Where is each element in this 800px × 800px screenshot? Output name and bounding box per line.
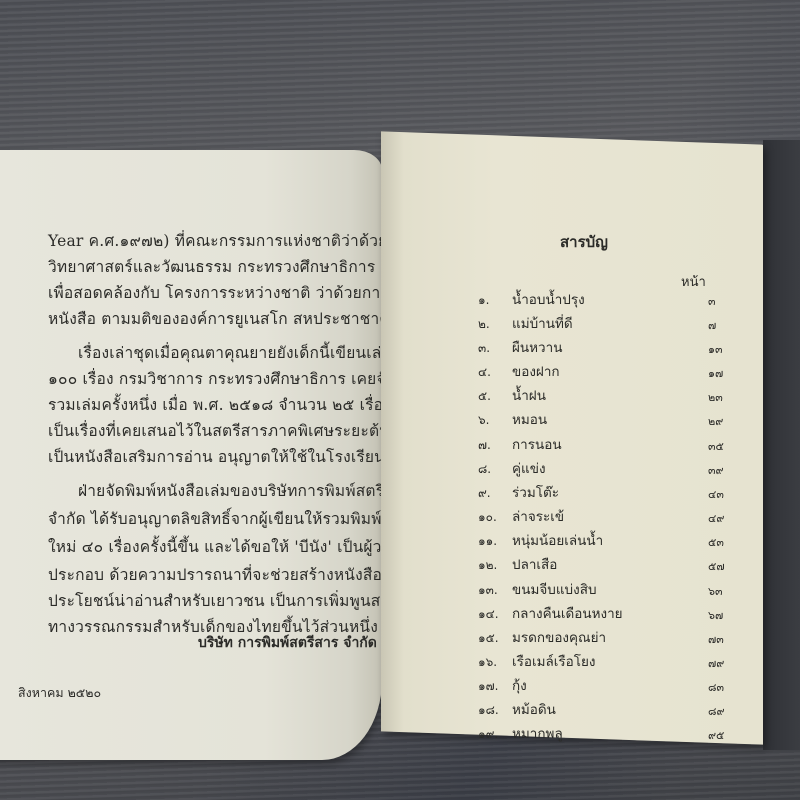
toc-entry-title: ร่วมโต๊ะ	[512, 481, 559, 503]
toc-entry-title: หมอน	[512, 408, 547, 430]
preface-line: เป็นหนังสือเสริมการอ่าน อนุญาตให้ใช้ในโร…	[48, 444, 385, 469]
toc-entry-title: เรือเมล์เรือโยง	[512, 650, 596, 672]
toc-entry-number: ๑๒.	[478, 556, 512, 575]
toc-entry-number: ๒.	[478, 315, 512, 334]
toc-entry-number: ๑๗.	[478, 677, 512, 696]
toc-entry-number: ๘.	[478, 460, 512, 479]
toc-entry-page: ๔๙	[708, 509, 748, 527]
toc-entry: ๑๒.ปลาเสือ๕๗	[478, 553, 748, 573]
preface-line: จำกัด ได้รับอนุญาตลิขสิทธิ์จากผู้เขียนให…	[48, 506, 434, 531]
toc-entry-number: ๔.	[478, 363, 512, 382]
preface-line: ประกอบ ด้วยความปรารถนาที่จะช่วยสร้างหนัง…	[48, 562, 408, 587]
preface-line: ๑๐๐ เรื่อง กรมวิชาการ กระทรวงศึกษาธิการ …	[48, 366, 427, 391]
toc-entry-page: ๙๕	[708, 726, 748, 744]
toc-entry-number: ๑๘.	[478, 701, 512, 720]
toc-entry-title: น้ำอบน้ำปรุง	[512, 288, 585, 310]
toc-entry-page: ๓๙	[708, 461, 748, 479]
toc-entry-page: ๗๙	[708, 654, 748, 672]
toc-entry: ๓.ผืนหวาน๑๓	[478, 336, 748, 356]
toc-entry: ๑๘.หม้อดิน๘๙	[478, 698, 748, 718]
toc-entry: ๑๔.กลางคืนเดือนหงาย๖๗	[478, 602, 748, 622]
toc-entry-title: ปลาเสือ	[512, 553, 557, 575]
preface-line: ประโยชน์น่าอ่านสำหรับเยาวชน เป็นการเพิ่ม…	[48, 588, 411, 613]
toc-entry: ๖.หมอน๒๙	[478, 408, 748, 428]
preface-line: ฝ่ายจัดพิมพ์หนังสือเล่มของบริษัทการพิมพ์…	[78, 478, 411, 503]
toc-entry-page: ๔๓	[708, 485, 748, 503]
toc-entry-title: แม่บ้านที่ดี	[512, 312, 573, 334]
toc-entry-page: ๘๙	[708, 702, 748, 720]
toc-entry: ๗.การนอน๓๕	[478, 433, 748, 453]
toc-entry-page: ๑๓	[708, 340, 748, 358]
toc-entry: ๙.ร่วมโต๊ะ๔๓	[478, 481, 748, 501]
toc-entry-page: ๓	[708, 292, 748, 310]
toc-entry: ๑๑.หนุ่มน้อยเล่นน้ำ๕๓	[478, 529, 748, 549]
toc-entry-number: ๑๑.	[478, 532, 512, 551]
toc-entry-number: ๑.	[478, 291, 512, 310]
toc-entry-title: ขนมจีบแบ่งสิบ	[512, 578, 597, 600]
toc-title: สารบัญ	[560, 230, 608, 254]
toc-entry-title: คู่แข่ง	[512, 457, 546, 479]
toc-entry-page: ๕๗	[708, 557, 748, 575]
toc-entry: ๒.แม่บ้านที่ดี๗	[478, 312, 748, 332]
toc-entry-title: ผืนหวาน	[512, 336, 562, 358]
toc-entry-page: ๗๓	[708, 630, 748, 648]
toc-entry: ๑๙.หมากพลู๙๕	[478, 722, 748, 742]
toc-entry-number: ๓.	[478, 339, 512, 358]
preface-line: รวมเล่มครั้งหนึ่ง เมื่อ พ.ศ. ๒๕๑๘ จำนวน …	[48, 392, 416, 417]
toc-entry: ๑๕.มรดกของคุณย่า๗๓	[478, 626, 748, 646]
publisher-signature: บริษัท การพิมพ์สตรีสาร จำกัด	[198, 632, 377, 654]
preface-date: สิงหาคม ๒๕๒๐	[18, 683, 101, 703]
toc-entry: ๔.ของฝาก๑๗	[478, 360, 748, 380]
toc-entry: ๑๖.เรือเมล์เรือโยง๗๙	[478, 650, 748, 670]
toc-entry-title: กลางคืนเดือนหงาย	[512, 602, 623, 624]
toc-entry-title: หมากพลู	[512, 722, 563, 744]
toc-entry-title: ล่าจระเข้	[512, 505, 564, 527]
toc-entry: ๕.น้ำฝน๒๓	[478, 384, 748, 404]
toc-entry-page: ๑๗	[708, 364, 748, 382]
toc-entry-number: ๑๙.	[478, 725, 512, 744]
toc-entry-number: ๑๐.	[478, 508, 512, 527]
toc-entry-number: ๑๔.	[478, 605, 512, 624]
toc-entry-title: หนุ่มน้อยเล่นน้ำ	[512, 529, 603, 551]
toc-entry-page: ๓๕	[708, 437, 748, 455]
toc-entry-number: ๑๖.	[478, 653, 512, 672]
toc-entry-number: ๕.	[478, 387, 512, 406]
toc-entry: ๑๗.กุ้ง๘๓	[478, 674, 748, 694]
toc-entry-page: ๖๓	[708, 582, 748, 600]
toc-entry-page: ๖๗	[708, 606, 748, 624]
toc-entry: ๑.น้ำอบน้ำปรุง๓	[478, 288, 748, 308]
toc-entry: ๑๓.ขนมจีบแบ่งสิบ๖๓	[478, 578, 748, 598]
toc-entry-title: หม้อดิน	[512, 698, 556, 720]
preface-line: เป็นเรื่องที่เคยเสนอไว้ในสตรีสารภาคพิเศษ…	[48, 418, 414, 443]
preface-line: ใหม่ ๔๐ เรื่องครั้งนี้ขึ้น และได้ขอให้ '…	[48, 534, 431, 559]
toc-entry-number: ๑๕.	[478, 629, 512, 648]
preface-line: วิทยาศาสตร์และวัฒนธรรม กระทรวงศึกษาธิการ…	[48, 254, 422, 279]
toc-entry-number: ๑๓.	[478, 581, 512, 600]
toc-entry-page: ๘๓	[708, 678, 748, 696]
toc-entry-number: ๗.	[478, 436, 512, 455]
toc-entry: ๘.คู่แข่ง๓๙	[478, 457, 748, 477]
toc-entry-page: ๗	[708, 316, 748, 334]
toc-entry-page: ๒๓	[708, 388, 748, 406]
toc-entry-title: การนอน	[512, 433, 562, 455]
toc-entry-title: น้ำฝน	[512, 384, 546, 406]
toc-entry-number: ๙.	[478, 484, 512, 503]
toc-entry-title: กุ้ง	[512, 674, 527, 696]
preface-line: เพื่อสอดคล้องกับ โครงการระหว่างชาติ ว่าด…	[48, 280, 433, 305]
toc-entry-page: ๒๙	[708, 412, 748, 430]
toc-entry-title: ของฝาก	[512, 360, 560, 382]
preface-line: หนังสือ ตามมติขององค์การยูเนสโก สหประชาช…	[48, 306, 390, 331]
toc-entry: ๑๐.ล่าจระเข้๔๙	[478, 505, 748, 525]
table-edge-shadow	[763, 140, 800, 750]
toc-entry-title: มรดกของคุณย่า	[512, 626, 606, 648]
toc-entry-number: ๖.	[478, 411, 512, 430]
toc-entry-page: ๕๓	[708, 533, 748, 551]
